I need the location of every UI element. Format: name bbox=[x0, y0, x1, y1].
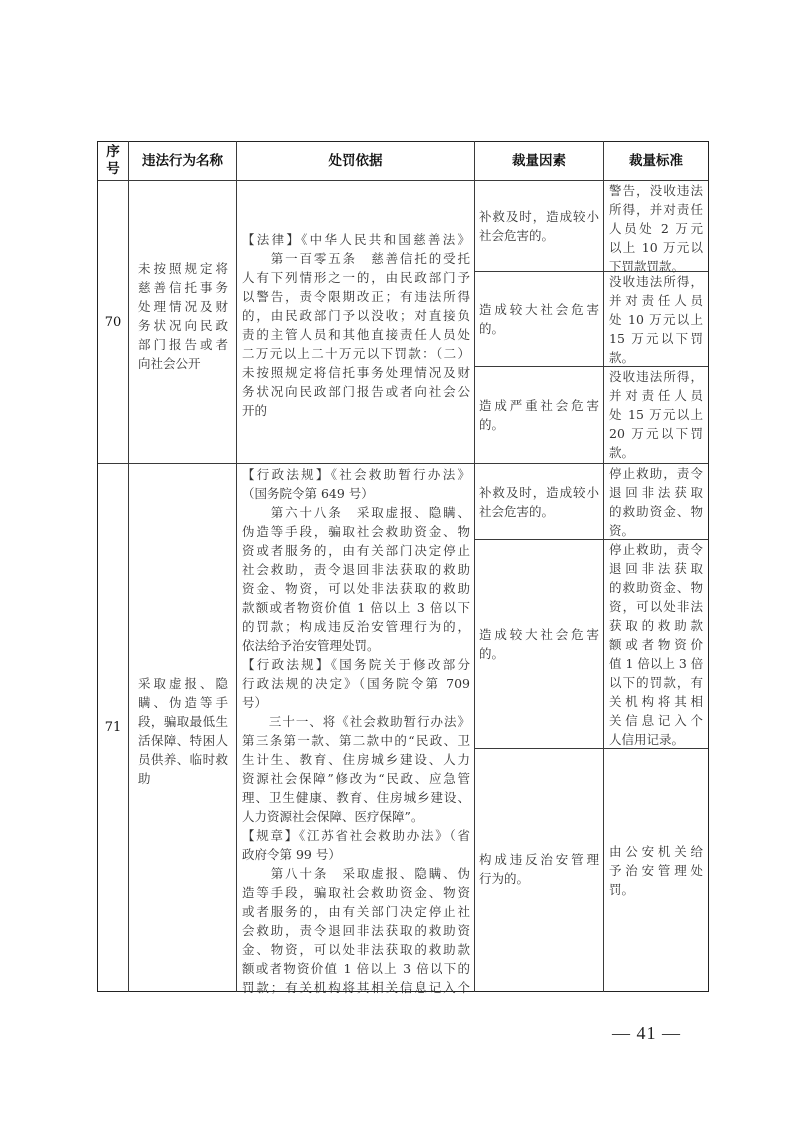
factor-line: 行为的。 bbox=[479, 869, 599, 888]
basis-line: 资金、物资，可以处非法获取的救助 bbox=[242, 579, 470, 598]
factor-line: 社会危害的。 bbox=[479, 502, 599, 521]
violation-line: 瞒、伪造等手 bbox=[138, 693, 228, 712]
factor-line: 社会危害的。 bbox=[479, 226, 599, 245]
standard-line: 予治安管理处 bbox=[609, 861, 703, 880]
basis-line: 的罚款；构成违反治安管理行为的， bbox=[242, 617, 470, 636]
basis-line: 【行政法规】《国务院关于修改部分 bbox=[242, 655, 470, 674]
row71-tier3-standard: 由公安机关给 予治安管理处 罚。 bbox=[609, 842, 703, 899]
row70-tier3-factor: 造成严重社会危害 的。 bbox=[479, 367, 599, 463]
factor-line: 补救及时，造成较小 bbox=[479, 483, 599, 502]
violation-line: 活保障、特困人 bbox=[138, 731, 228, 750]
basis-line: 资源社会保障”修改为“民政、应急管 bbox=[242, 769, 470, 788]
violation-line: 务状况向民政 bbox=[138, 316, 228, 335]
basis-line: 资或者服务的，由有关部门决定停止 bbox=[242, 541, 470, 560]
basis-line: 【行政法规】《社会救助暂行办法》 bbox=[242, 465, 470, 484]
violation-line: 采取虚报、隐 bbox=[138, 674, 228, 693]
standard-line: 的救助资金、物 bbox=[609, 578, 703, 597]
page-number: — 41 — bbox=[612, 1023, 681, 1044]
standard-line: 退回非法获取 bbox=[609, 559, 703, 578]
factor-line: 造成较大社会危害 bbox=[479, 300, 599, 319]
col-divider-3 bbox=[474, 141, 475, 992]
standard-line: 资。 bbox=[609, 521, 703, 540]
basis-line: 开的 bbox=[242, 401, 470, 420]
factor-line: 构成违反治安管理 bbox=[479, 850, 599, 869]
factor-line: 造成严重社会危害 bbox=[479, 396, 599, 415]
standard-line: 款。 bbox=[609, 443, 703, 462]
basis-line: 的，由民政部门予以没收；对直接负 bbox=[242, 306, 470, 325]
basis-line: （国务院令第 649 号） bbox=[242, 484, 470, 503]
basis-line: 生计生、教育、住房城乡建设、人力 bbox=[242, 750, 470, 769]
row71-tier2-standard: 停止救助，责令 退回非法获取 的救助资金、物 资，可以处非法 获取的救助款 额或… bbox=[609, 540, 703, 749]
col-divider-2 bbox=[236, 141, 237, 992]
row71-violation: 采取虚报、隐 瞒、伪造等手 段，骗取最低生 活保障、特困人 员供养、临时救 助 bbox=[138, 674, 228, 788]
standard-line: 停止救助，责令 bbox=[609, 540, 703, 559]
violation-line: 段，骗取最低生 bbox=[138, 712, 228, 731]
violation-line: 处理情况及财 bbox=[138, 297, 228, 316]
basis-line: 【规章】《江苏省社会救助办法》（省 bbox=[242, 826, 470, 845]
factor-line: 的。 bbox=[479, 319, 599, 338]
basis-line: 第六十八条 采取虚报、隐瞒、 bbox=[242, 503, 470, 522]
violation-line: 慈善信托事务 bbox=[138, 278, 228, 297]
header-seq-line1: 序 bbox=[106, 144, 120, 161]
basis-line: 第八十条 采取虚报、隐瞒、伪 bbox=[242, 864, 470, 883]
basis-line: 伪造等手段，骗取社会救助资金、物 bbox=[242, 522, 470, 541]
basis-line: 号） bbox=[242, 693, 470, 712]
standard-line: 没收违法所得， bbox=[609, 367, 703, 386]
basis-line: 罚款；有关机构将其相关信息记入个 bbox=[242, 978, 470, 997]
row70-tier2-factor: 造成较大社会危害 的。 bbox=[479, 272, 599, 366]
standard-line: 关机构将其相 bbox=[609, 692, 703, 711]
row70-tier1-factor: 补救及时，造成较小 社会危害的。 bbox=[479, 181, 599, 271]
standard-line: 以下的罚款，有 bbox=[609, 673, 703, 692]
standard-line: 20 万元以下罚 bbox=[609, 424, 703, 443]
basis-line: 依法给予治安管理处罚。 bbox=[242, 636, 470, 655]
standard-line: 没收违法所得， bbox=[609, 272, 703, 291]
standard-line: 处 15 万元以上 bbox=[609, 405, 703, 424]
table-right-border bbox=[708, 141, 709, 992]
basis-line: 务状况向民政部门报告或者向社会公 bbox=[242, 382, 470, 401]
violation-line: 未按照规定将 bbox=[138, 259, 228, 278]
row70-tier1-standard: 警告，没收违法 所得，并对责任 人员处 2 万元 以上 10 万元以 下罚款罚款… bbox=[609, 181, 703, 276]
violation-line: 部门报告或者 bbox=[138, 335, 228, 354]
row71-tier1-standard: 停止救助，责令 退回非法获取 的救助资金、物 资。 bbox=[609, 464, 703, 540]
factor-line: 造成较大社会危害 bbox=[479, 625, 599, 644]
factor-line: 的。 bbox=[479, 415, 599, 434]
standard-line: 以上 10 万元以 bbox=[609, 238, 703, 257]
basis-line: 第一百零五条 慈善信托的受托 bbox=[242, 249, 470, 268]
basis-line: 二万元以上二十万元以下罚款：（二） bbox=[242, 344, 470, 363]
standard-line: 所得，并对责任 bbox=[609, 200, 703, 219]
header-factor: 裁量因素 bbox=[475, 142, 603, 180]
basis-line: 会救助，责令退回非法获取的救助资 bbox=[242, 921, 470, 940]
header-seq-line2: 号 bbox=[106, 161, 120, 178]
row71-seq: 71 bbox=[98, 464, 128, 991]
basis-line: 人有下列情形之一的，由民政部门予 bbox=[242, 268, 470, 287]
basis-line: 理、卫生健康、教育、住房城乡建设、 bbox=[242, 788, 470, 807]
standard-line: 资，可以处非法 bbox=[609, 597, 703, 616]
standard-line: 退回非法获取 bbox=[609, 483, 703, 502]
basis-line: 未按照规定将信托事务处理情况及财 bbox=[242, 363, 470, 382]
basis-line: 政府令第 99 号） bbox=[242, 845, 470, 864]
standard-line: 罚。 bbox=[609, 880, 703, 899]
header-basis: 处罚依据 bbox=[237, 142, 474, 180]
basis-line: 【法律】《中华人民共和国慈善法》 bbox=[242, 230, 470, 249]
row71-basis: 【行政法规】《社会救助暂行办法》 （国务院令第 649 号） 第六十八条 采取虚… bbox=[242, 465, 470, 997]
violation-line: 向社会公开 bbox=[138, 354, 228, 373]
standard-line: 人信用记录。 bbox=[609, 730, 703, 749]
standard-line: 的救助资金、物 bbox=[609, 502, 703, 521]
header-violation: 违法行为名称 bbox=[129, 142, 236, 180]
row71-tier3-factor: 构成违反治安管理 行为的。 bbox=[479, 850, 599, 888]
basis-line: 造等手段，骗取社会救助资金、物资 bbox=[242, 883, 470, 902]
basis-line: 三十一、将《社会救助暂行办法》 bbox=[242, 712, 470, 731]
basis-line: 金、物资，可以处非法获取的救助款 bbox=[242, 940, 470, 959]
basis-line: 第三条第一款、第二款中的“民政、卫 bbox=[242, 731, 470, 750]
violation-line: 员供养、临时救 bbox=[138, 750, 228, 769]
row70-seq: 70 bbox=[98, 181, 128, 463]
document-page: 序 号 违法行为名称 处罚依据 裁量因素 裁量标准 70 未按照规定将 慈善信托… bbox=[0, 0, 800, 1131]
basis-line: 行政法规的决定》（国务院令第 709 bbox=[242, 674, 470, 693]
standard-line: 额或者物资价 bbox=[609, 635, 703, 654]
header-seq: 序 号 bbox=[98, 142, 128, 180]
standard-line: 处 10 万元以上 bbox=[609, 310, 703, 329]
standard-line: 停止救助，责令 bbox=[609, 464, 703, 483]
factor-line: 的。 bbox=[479, 644, 599, 663]
standard-line: 15 万元以下罚 bbox=[609, 329, 703, 348]
header-standard: 裁量标准 bbox=[604, 142, 708, 180]
factor-line: 补救及时，造成较小 bbox=[479, 207, 599, 226]
standard-line: 值 1 倍以上 3 倍 bbox=[609, 654, 703, 673]
row70-tier3-standard: 没收违法所得， 并对责任人员 处 15 万元以上 20 万元以下罚 款。 bbox=[609, 367, 703, 462]
col-divider-4 bbox=[603, 141, 604, 992]
basis-line: 责的主管人员和其他直接责任人员处 bbox=[242, 325, 470, 344]
col-divider-1 bbox=[128, 141, 129, 992]
basis-line: 以警告，责令限期改正；有违法所得 bbox=[242, 287, 470, 306]
row70-basis: 【法律】《中华人民共和国慈善法》 第一百零五条 慈善信托的受托 人有下列情形之一… bbox=[242, 230, 470, 420]
basis-line: 款额或者物资价值 1 倍以上 3 倍以下 bbox=[242, 598, 470, 617]
basis-line: 社会救助，责令退回非法获取的救助 bbox=[242, 560, 470, 579]
row71-tier2-factor: 造成较大社会危害 的。 bbox=[479, 540, 599, 748]
standard-line: 款。 bbox=[609, 348, 703, 367]
standard-line: 获取的救助款 bbox=[609, 616, 703, 635]
row70-tier2-standard: 没收违法所得， 并对责任人员 处 10 万元以上 15 万元以下罚 款。 bbox=[609, 272, 703, 367]
standard-line: 警告，没收违法 bbox=[609, 181, 703, 200]
row71-tier1-factor: 补救及时，造成较小 社会危害的。 bbox=[479, 464, 599, 539]
standard-line: 并对责任人员 bbox=[609, 291, 703, 310]
standard-line: 由公安机关给 bbox=[609, 842, 703, 861]
basis-line: 或者服务的，由有关部门决定停止社 bbox=[242, 902, 470, 921]
basis-line: 额或者物资价值 1 倍以上 3 倍以下的 bbox=[242, 959, 470, 978]
standard-line: 关信息记入个 bbox=[609, 711, 703, 730]
basis-line: 人力资源社会保障、医疗保障”。 bbox=[242, 807, 470, 826]
violation-line: 助 bbox=[138, 769, 228, 788]
standard-line: 并对责任人员 bbox=[609, 386, 703, 405]
row70-violation: 未按照规定将 慈善信托事务 处理情况及财 务状况向民政 部门报告或者 向社会公开 bbox=[138, 259, 228, 373]
standard-line: 人员处 2 万元 bbox=[609, 219, 703, 238]
